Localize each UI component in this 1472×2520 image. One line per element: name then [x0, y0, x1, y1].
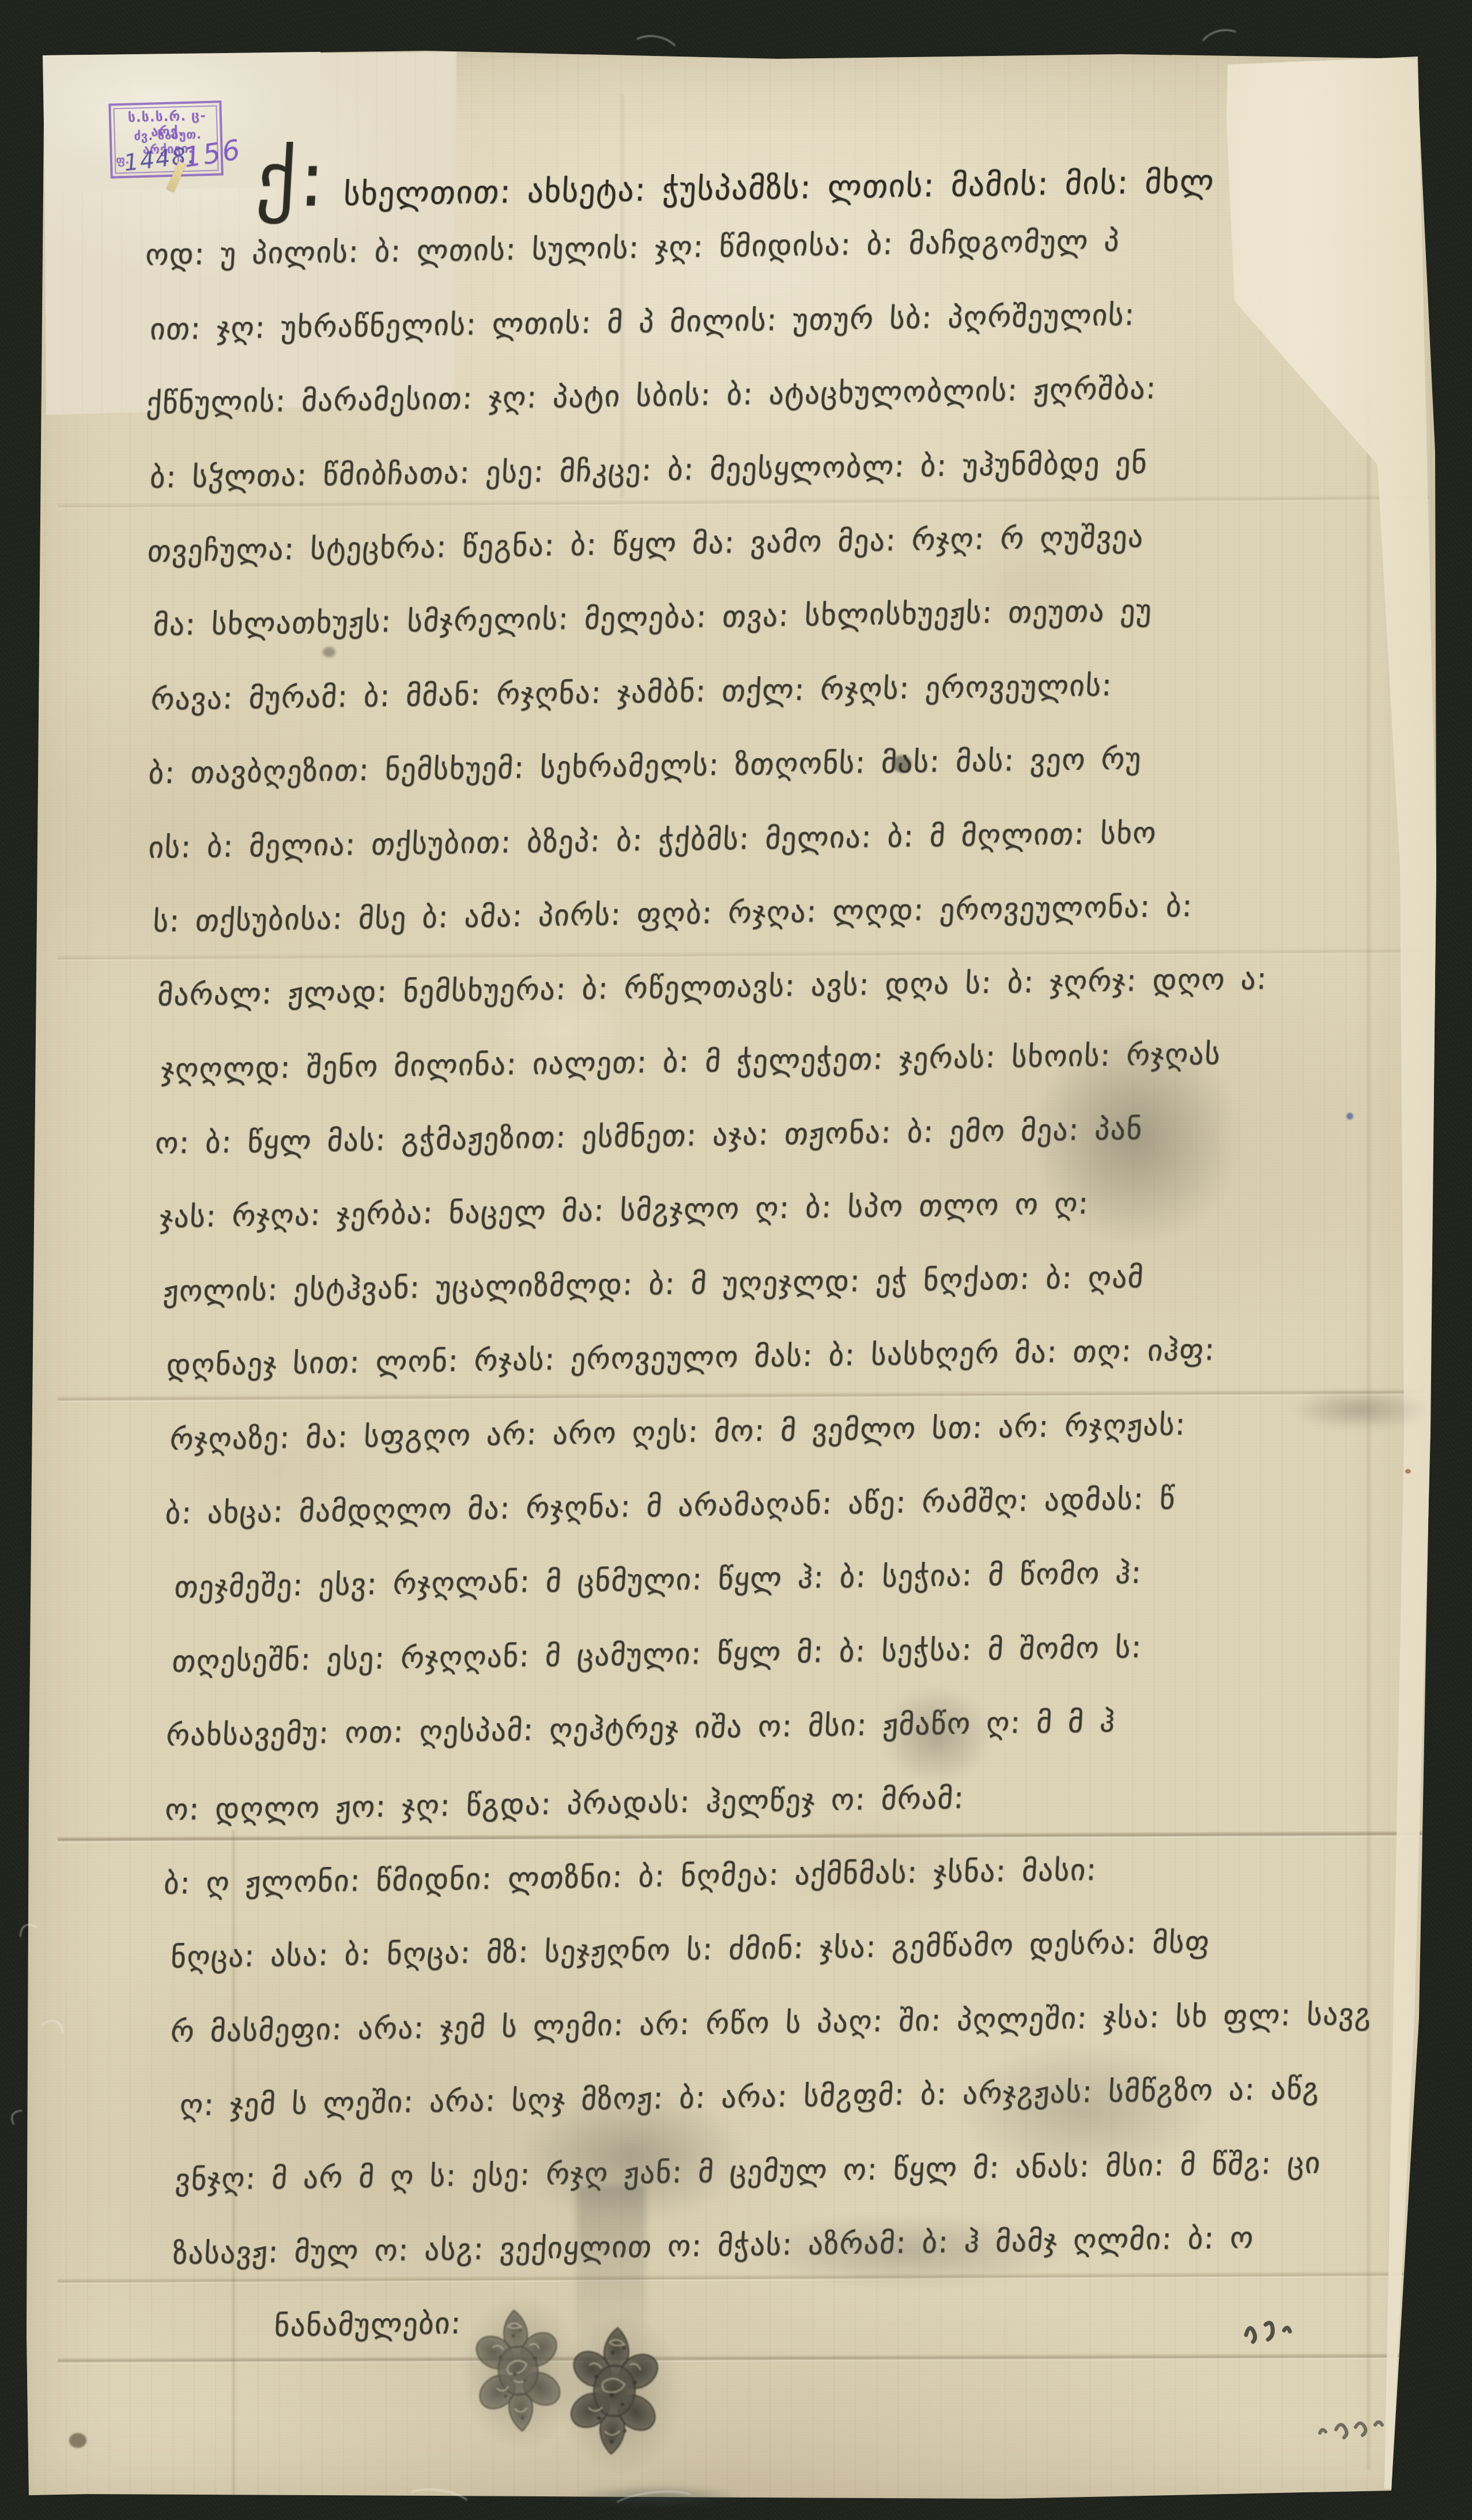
archival-manuscript-photo: { "archival_stamp": { "line1": "ს.ს.ს.რ.…	[0, 0, 1472, 2520]
rosette-seal-right-icon	[567, 2323, 662, 2459]
manuscript-text: ქ: სხელთით: ახსეტა: ჭუსპამზს: ლთის: მამი…	[135, 127, 1384, 2366]
rosette-seal-left-icon	[471, 2305, 565, 2436]
